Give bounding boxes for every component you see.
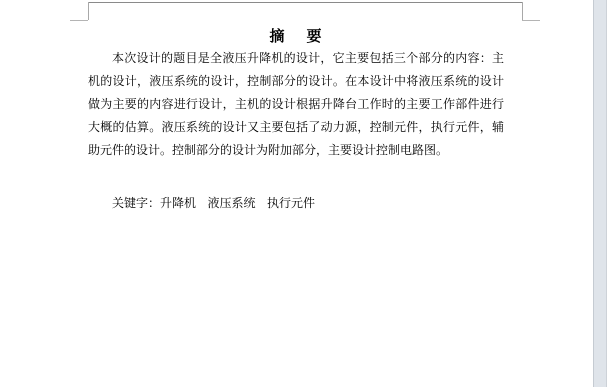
abstract-heading: 摘要 [88, 26, 503, 46]
crop-mark-top-left-vertical [88, 2, 89, 20]
crop-mark-top-right-horizontal [522, 20, 540, 21]
keyword-2: 液压系统 [207, 196, 255, 210]
keyword-3: 执行元件 [267, 196, 315, 210]
abstract-paragraph[interactable]: 本次设计的题目是全液压升降机的设计，它主要包括三个部分的内容：主机的设计，液压系… [88, 47, 504, 162]
crop-mark-top-left-horizontal [70, 20, 88, 21]
keywords-line[interactable]: 关键字：升降机 液压系统 执行元件 [112, 193, 315, 213]
page-top-edge [88, 2, 522, 3]
crop-mark-top-right-vertical [522, 2, 523, 20]
abstract-heading-char-2: 要 [307, 27, 322, 45]
vertical-scrollbar[interactable] [593, 0, 607, 387]
keywords-label: 关键字： [112, 196, 160, 210]
abstract-heading-char-1: 摘 [269, 27, 284, 45]
keyword-1: 升降机 [160, 196, 196, 210]
document-viewport: 摘要 本次设计的题目是全液压升降机的设计，它主要包括三个部分的内容：主机的设计，… [0, 0, 610, 387]
